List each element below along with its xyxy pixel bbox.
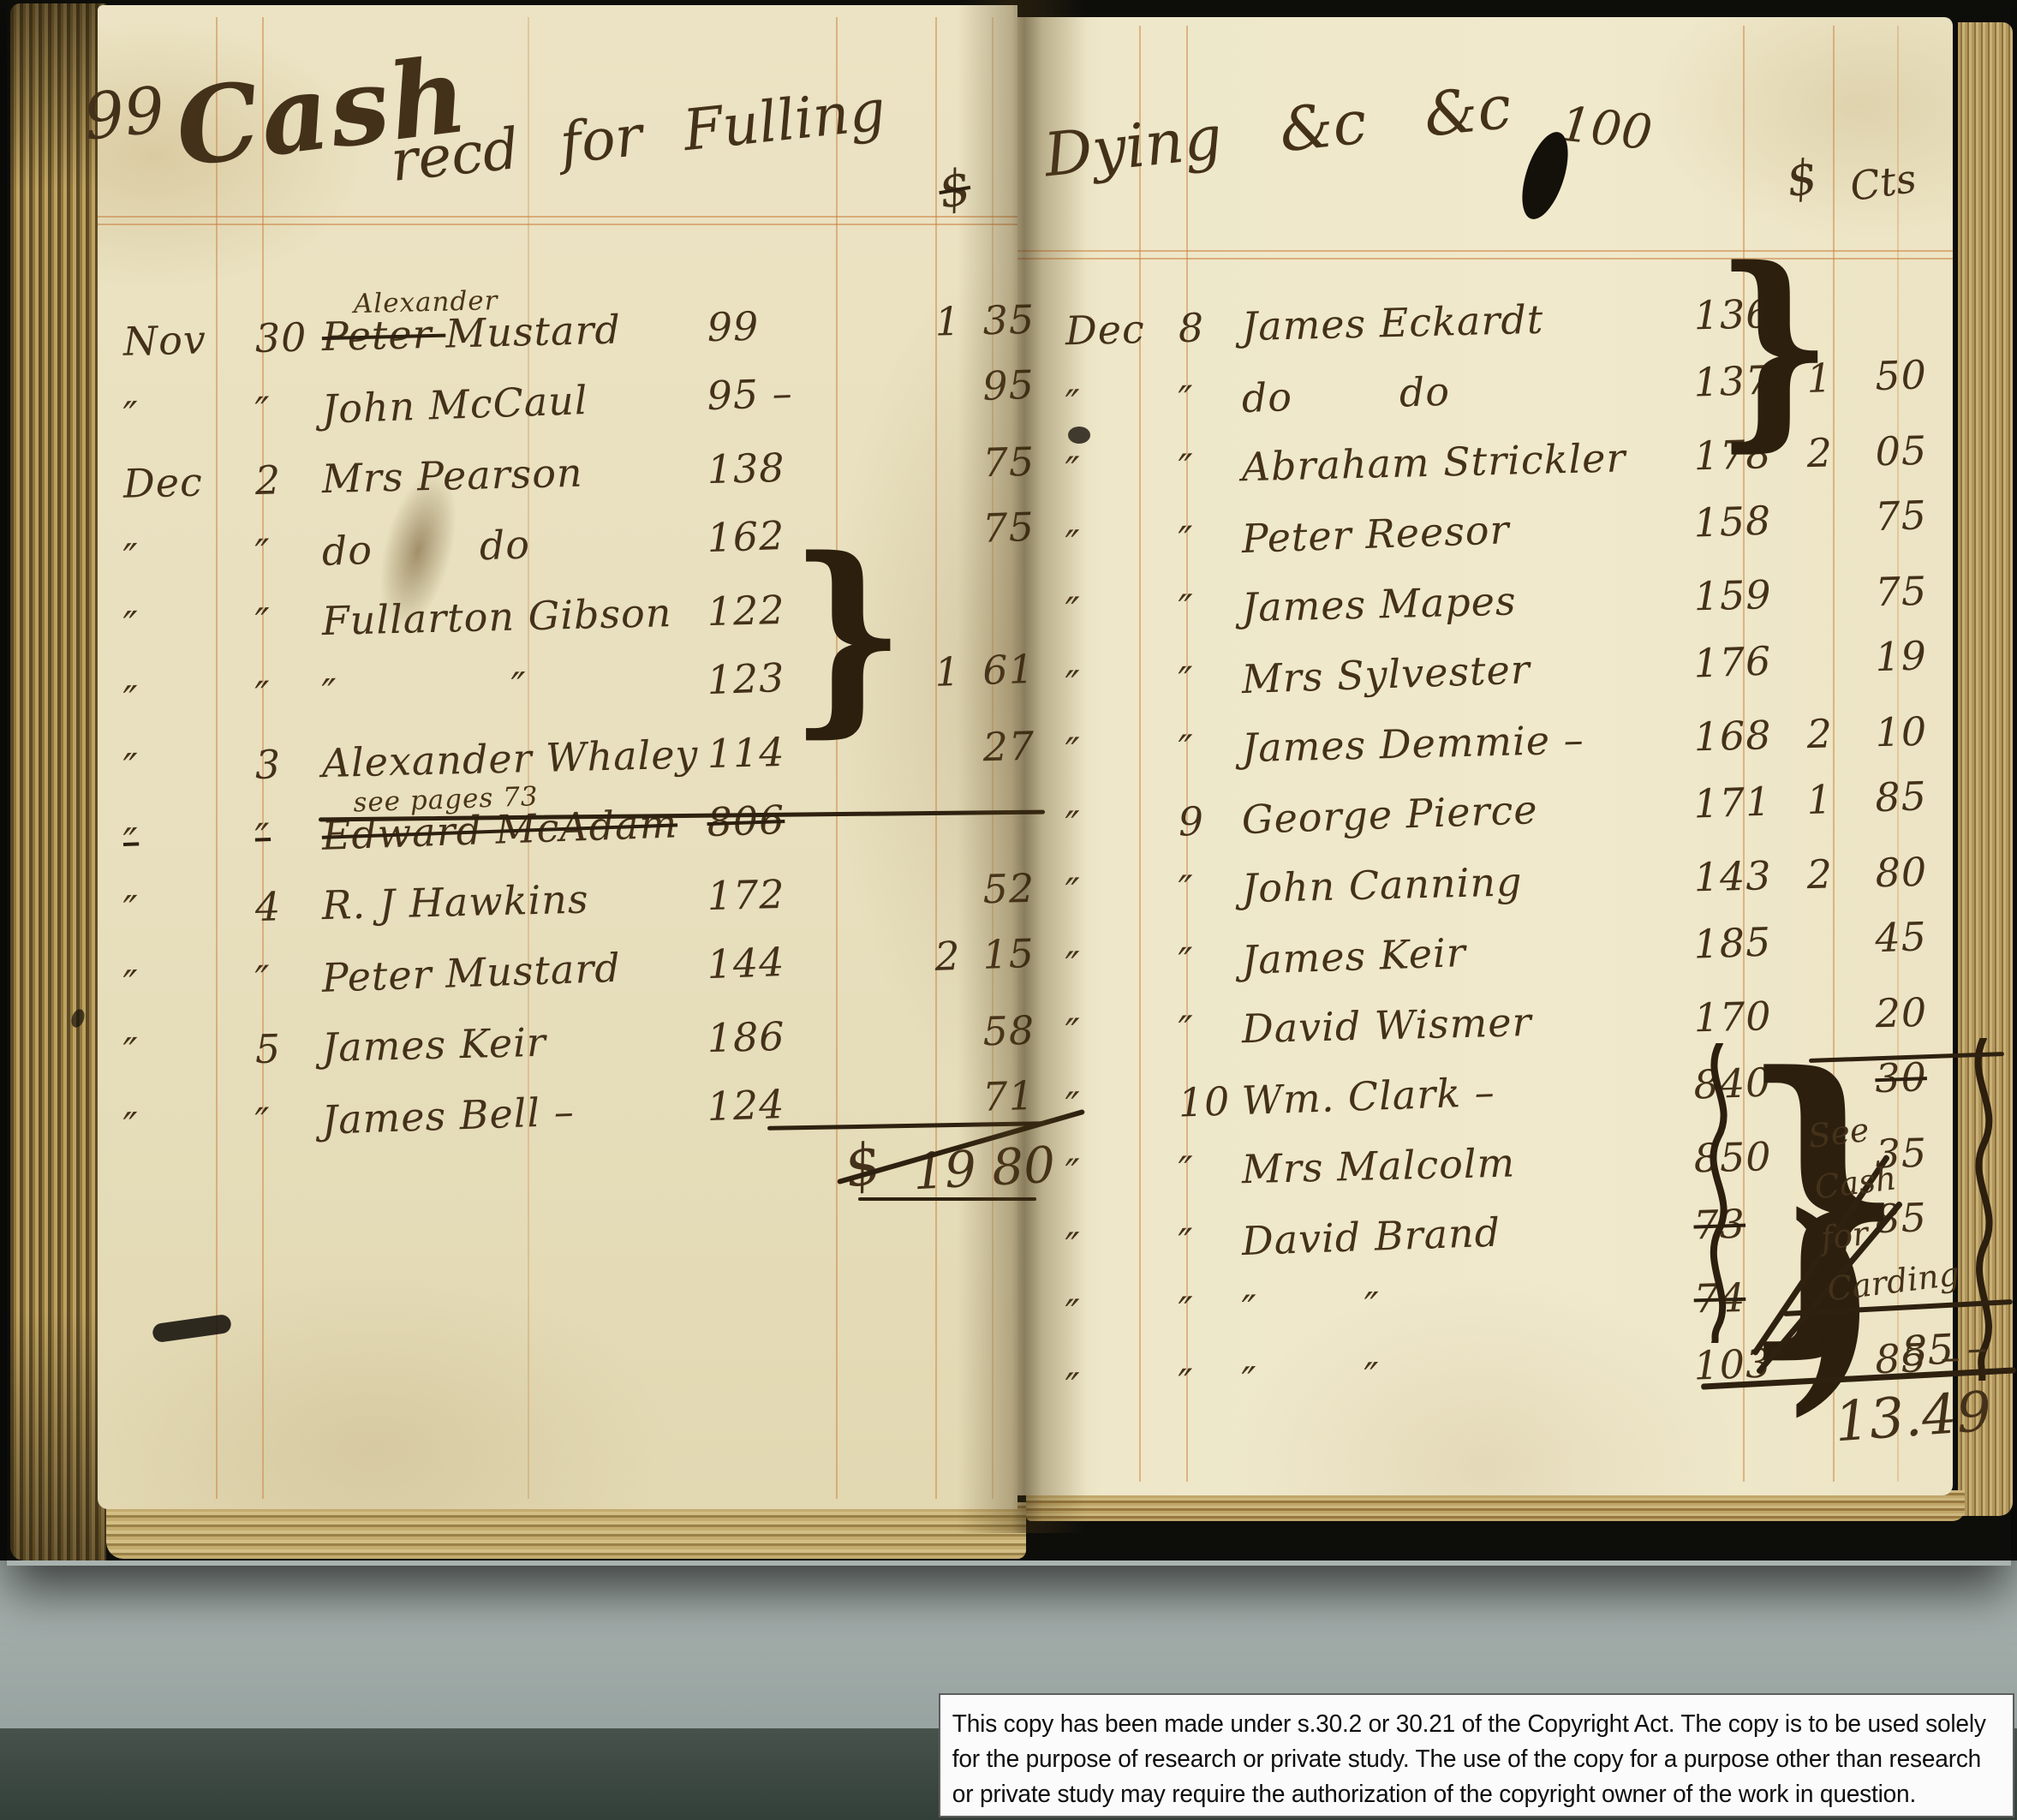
ledger-page-left: Nov 30 Alexander Peter Mustard 99 1 35 ″… (98, 5, 1017, 1509)
ledger-scan: { "book": { "left_page": { "page_number"… (0, 0, 2017, 1820)
copyright-notice: This copy has been made under s.30.2 or … (939, 1693, 2014, 1817)
side-note: See Cash for Carding (1805, 1096, 1949, 1315)
copyright-line: or private study may require the authori… (952, 1777, 1984, 1812)
brace-icon: } (1715, 240, 1833, 451)
page-stack-bottom-edge-left (106, 1502, 1026, 1559)
total-amount-right: 13.49 (1833, 1381, 1994, 1455)
page-number-right: 100 (1558, 97, 1655, 162)
cents-column-header-right: Cts (1847, 155, 1919, 210)
copyright-line: This copy has been made under s.30.2 or … (952, 1707, 1984, 1742)
page-number-left: 99 (81, 73, 169, 154)
left-page-rows: Nov 30 Alexander Peter Mustard 99 1 35 ″… (98, 5, 1017, 1509)
brace-icon: } (790, 531, 905, 738)
copyright-line: for the purpose of research or private s… (952, 1742, 1984, 1777)
total-amount-left: 19 80 (911, 1136, 1056, 1202)
squiggle-line-icon (1694, 1043, 1742, 1343)
total-underline (858, 1197, 1036, 1201)
ink-dot (1068, 427, 1090, 444)
page-stack-left-edge (10, 3, 106, 1560)
subtotal-right: 85 – (1901, 1323, 1989, 1375)
